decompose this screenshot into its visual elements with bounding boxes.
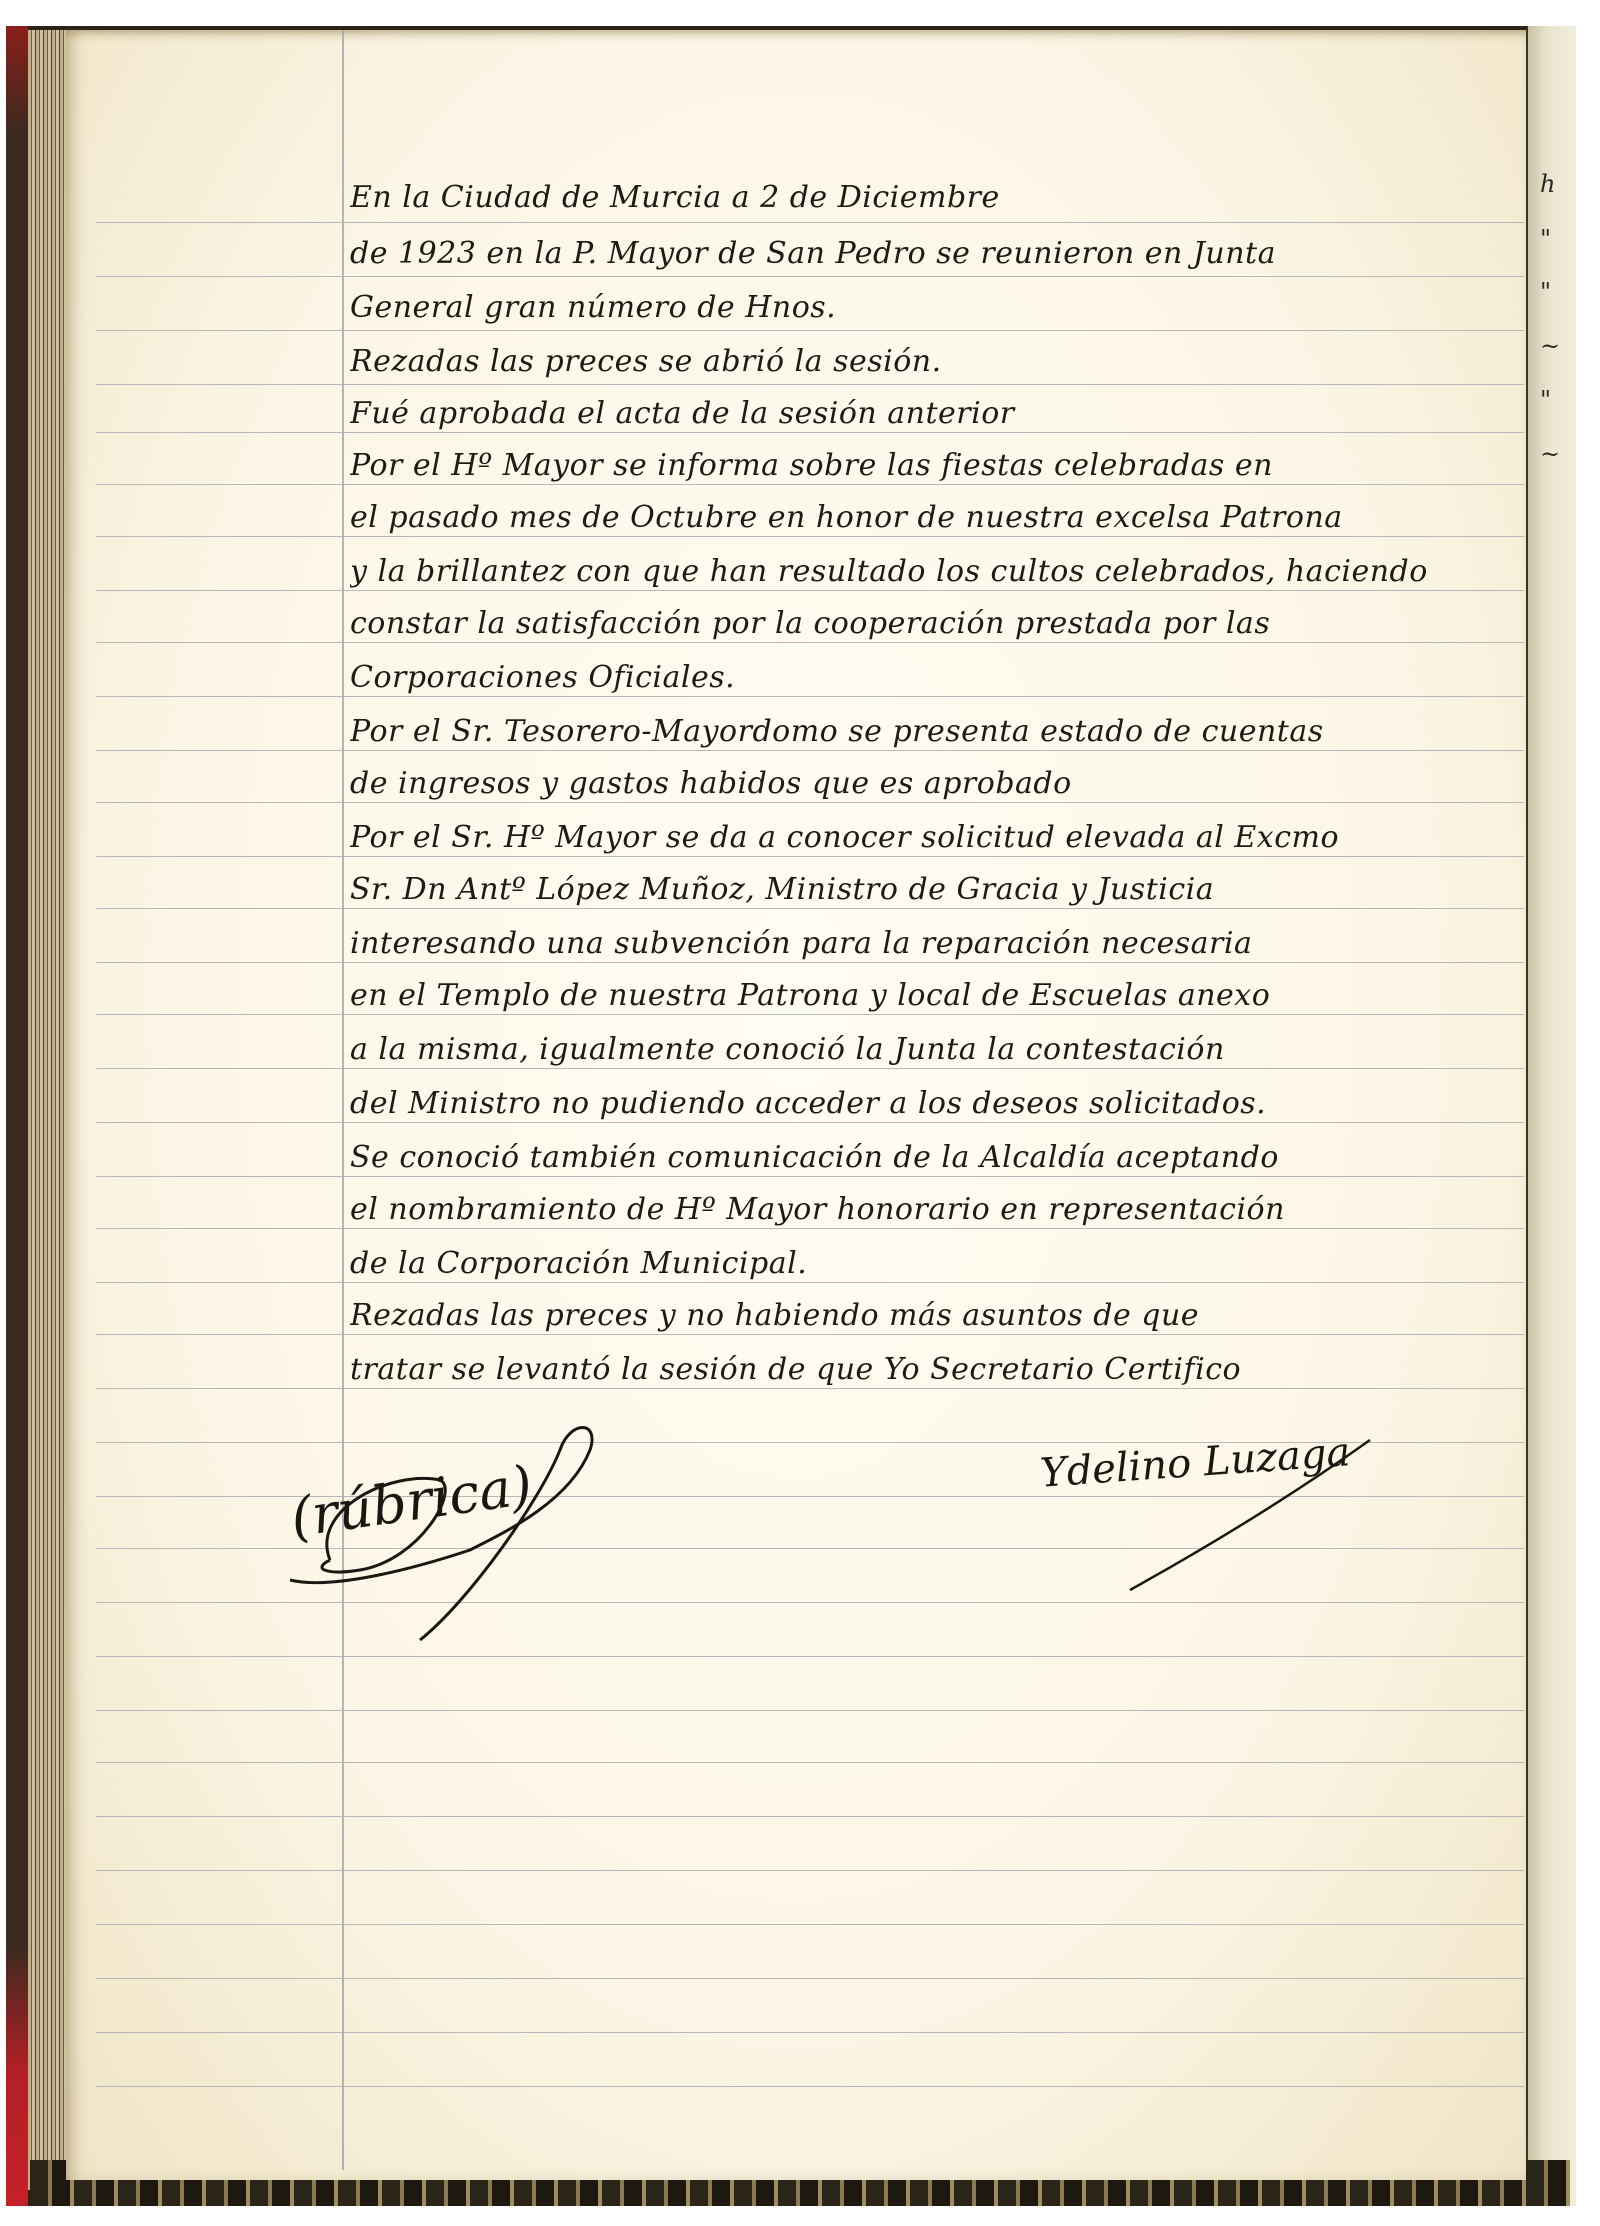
ruled-line — [96, 1122, 1524, 1123]
ruled-line — [96, 1228, 1524, 1229]
margin-rule — [342, 30, 344, 2170]
ruled-line — [96, 1710, 1524, 1711]
margin-mark: ~ — [1540, 440, 1560, 468]
text-line: Por el Hº Mayor se informa sobre las fie… — [350, 448, 1530, 483]
ruled-line — [96, 276, 1524, 277]
ruled-line — [96, 590, 1524, 591]
text-line: y la brillantez con que han resultado lo… — [350, 554, 1530, 589]
text-line: de 1923 en la P. Mayor de San Pedro se r… — [350, 236, 1530, 271]
ruled-line — [96, 222, 1524, 223]
ruled-line — [96, 2032, 1524, 2033]
margin-mark: " — [1540, 278, 1551, 306]
text-line: Fué aprobada el acta de la sesión anteri… — [350, 396, 1530, 431]
ruled-line — [96, 536, 1524, 537]
ruled-line — [96, 1068, 1524, 1069]
ruled-line — [96, 696, 1524, 697]
text-line: tratar se levantó la sesión de que Yo Se… — [350, 1352, 1530, 1387]
ruled-line — [96, 1924, 1524, 1925]
margin-mark: h — [1540, 170, 1555, 198]
text-line: de ingresos y gastos habidos que es apro… — [350, 766, 1530, 801]
ruled-line — [96, 1334, 1524, 1335]
ruled-line — [96, 484, 1524, 485]
text-line: En la Ciudad de Murcia a 2 de Diciembre — [350, 180, 1530, 215]
ruled-line — [96, 1762, 1524, 1763]
text-line: Se conoció también comunicación de la Al… — [350, 1140, 1530, 1175]
ruled-line — [96, 962, 1524, 963]
ruled-line — [96, 1816, 1524, 1817]
margin-mark: " — [1540, 386, 1551, 414]
ruled-line — [96, 2086, 1524, 2087]
text-line: Rezadas las preces se abrió la sesión. — [350, 344, 1530, 379]
ruled-line — [96, 642, 1524, 643]
ruled-line — [96, 750, 1524, 751]
text-line: Por el Sr. Tesorero-Mayordomo se present… — [350, 714, 1530, 749]
signature-flourish-right — [1100, 1430, 1400, 1610]
text-line: interesando una subvención para la repar… — [350, 926, 1530, 961]
signature-flourish-left — [270, 1410, 830, 1670]
ruled-line — [96, 1978, 1524, 1979]
text-line: del Ministro no pudiendo acceder a los d… — [350, 1086, 1530, 1121]
ruled-line — [96, 1388, 1524, 1389]
text-line: el pasado mes de Octubre en honor de nue… — [350, 500, 1530, 535]
text-line: Por el Sr. Hº Mayor se da a conocer soli… — [350, 820, 1530, 855]
text-line: Corporaciones Oficiales. — [350, 660, 1530, 695]
ruled-line — [96, 1870, 1524, 1871]
ruled-line — [96, 802, 1524, 803]
book-binding — [6, 26, 28, 2206]
text-line: de la Corporación Municipal. — [350, 1246, 1530, 1281]
ruled-line — [96, 1282, 1524, 1283]
text-line: el nombramiento de Hº Mayor honorario en… — [350, 1192, 1530, 1227]
text-line: a la misma, igualmente conoció la Junta … — [350, 1032, 1530, 1067]
margin-mark: " — [1540, 225, 1551, 253]
margin-mark: ~ — [1540, 332, 1560, 360]
text-line: Rezadas las preces y no habiendo más asu… — [350, 1298, 1530, 1333]
ruled-line — [96, 1014, 1524, 1015]
text-line: Sr. Dn Antº López Muñoz, Ministro de Gra… — [350, 872, 1530, 907]
ruled-line — [96, 432, 1524, 433]
page-edges — [28, 30, 68, 2190]
ruled-line — [96, 384, 1524, 385]
text-line: en el Templo de nuestra Patrona y local … — [350, 978, 1530, 1013]
ruled-line — [96, 856, 1524, 857]
ruled-line — [96, 330, 1524, 331]
text-line: General gran número de Hnos. — [350, 290, 1530, 325]
ruled-line — [96, 908, 1524, 909]
ruled-line — [96, 1176, 1524, 1177]
text-line: constar la satisfacción por la cooperaci… — [350, 606, 1530, 641]
